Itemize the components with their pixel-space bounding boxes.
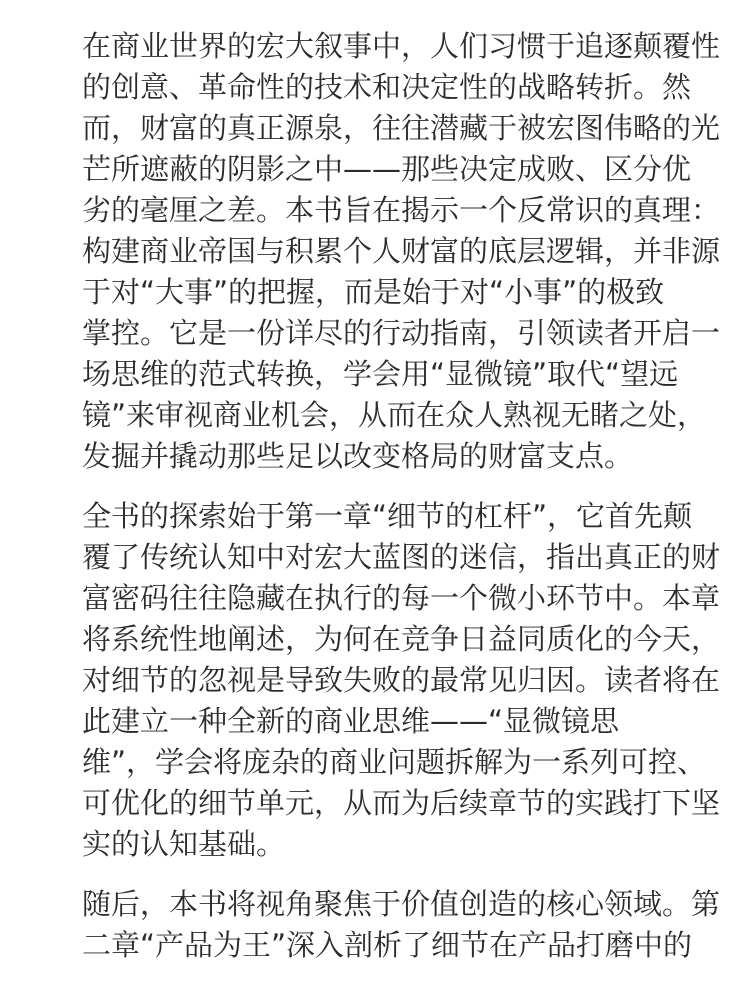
document-page: 在商业世界的宏大叙事中，人们习惯于追逐颠覆性 的创意、革命性的技术和决定性的战略… [82, 26, 670, 985]
paragraph-chapter-one: 全书的探索始于第一章“细节的杠杆”，它首先颠 覆了传统认知中对宏大蓝图的迷信，指… [82, 496, 670, 865]
text-line: 全书的探索始于第一章“细节的杠杆”，它首先颠 [82, 496, 670, 537]
text-line: 在商业世界的宏大叙事中，人们习惯于追逐颠覆性 [82, 26, 670, 67]
text-line: 富密码往往隐藏在执行的每一个微小环节中。本章 [82, 578, 670, 619]
text-line: 劣的毫厘之差。本书旨在揭示一个反常识的真理： [82, 190, 670, 231]
text-line: 随后，本书将视角聚焦于价值创造的核心领域。第 [82, 884, 670, 925]
text-line: 构建商业帝国与积累个人财富的底层逻辑，并非源 [82, 231, 670, 272]
text-line: 的创意、革命性的技术和决定性的战略转折。然 [82, 67, 670, 108]
text-line: 于对“大事”的把握，而是始于对“小事”的极致 [82, 272, 670, 313]
paragraph-chapter-two: 随后，本书将视角聚焦于价值创造的核心领域。第 二章“产品为王”深入剖析了细节在产… [82, 884, 670, 966]
text-line: 将系统性地阐述，为何在竞争日益同质化的今天， [82, 619, 670, 660]
text-line: 而，财富的真正源泉，往往潜藏于被宏图伟略的光 [82, 108, 670, 149]
text-line: 镜”来审视商业机会，从而在众人熟视无睹之处， [82, 395, 670, 436]
text-line: 芒所遮蔽的阴影之中——那些决定成败、区分优 [82, 149, 670, 190]
text-line: 实的认知基础。 [82, 824, 670, 865]
text-line: 对细节的忽视是导致失败的最常见归因。读者将在 [82, 660, 670, 701]
text-line: 此建立一种全新的商业思维——“显微镜思 [82, 701, 670, 742]
text-line: 场思维的范式转换，学会用“显微镜”取代“望远 [82, 354, 670, 395]
text-line: 发掘并撬动那些足以改变格局的财富支点。 [82, 436, 670, 477]
paragraph-intro: 在商业世界的宏大叙事中，人们习惯于追逐颠覆性 的创意、革命性的技术和决定性的战略… [82, 26, 670, 477]
text-line: 可优化的细节单元，从而为后续章节的实践打下坚 [82, 783, 670, 824]
text-line: 掌控。它是一份详尽的行动指南，引领读者开启一 [82, 313, 670, 354]
text-line: 维”，学会将庞杂的商业问题拆解为一系列可控、 [82, 742, 670, 783]
text-line: 二章“产品为王”深入剖析了细节在产品打磨中的 [82, 925, 670, 966]
text-line: 覆了传统认知中对宏大蓝图的迷信，指出真正的财 [82, 537, 670, 578]
